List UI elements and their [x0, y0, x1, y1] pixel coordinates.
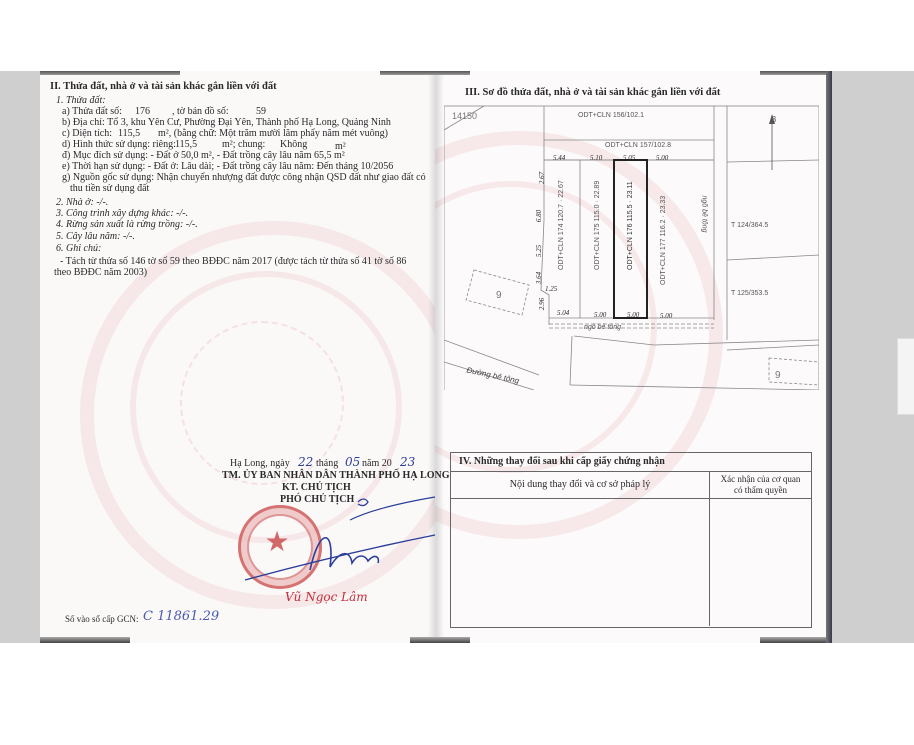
- width-bottom: 5.00: [660, 310, 672, 322]
- house-mark: 9: [775, 370, 781, 382]
- parcel-175-label: ODT+CLN 175 115.0 · 22.89: [592, 181, 604, 270]
- map-corner-label: 14150: [452, 110, 477, 122]
- width-top: 5.10: [590, 152, 602, 164]
- changes-table: IV. Những thay đổi sau khi cấp giấy chứn…: [450, 452, 812, 628]
- page-shadow: [760, 71, 830, 75]
- edge-length: 2.96: [536, 298, 548, 310]
- item-production-forest: 4. Rừng sản xuất là rừng trồng: -/-.: [56, 219, 198, 231]
- north-arrow-label: B: [771, 114, 776, 126]
- width-bottom: 5.04: [557, 307, 569, 319]
- column-authority-line2: có thẩm quyền: [710, 485, 811, 496]
- column-authority-confirmation: Xác nhận của cơ quan có thẩm quyền: [710, 472, 811, 498]
- width-top: 5.44: [553, 152, 565, 164]
- page-shadow: [40, 637, 130, 643]
- changes-table-body: [451, 499, 811, 626]
- column-authority-line1: Xác nhận của cơ quan: [710, 474, 811, 485]
- issue-year-label: năm 20: [362, 458, 392, 470]
- parcel-174-label: ODT+CLN 174 120.7 · 22.67: [556, 180, 568, 270]
- signer-name: Vũ Ngọc Lâm: [285, 590, 368, 604]
- width-top: 5.00: [656, 152, 668, 164]
- parcel-177-label: ODT+CLN 177 116.2 · 23.33: [658, 196, 670, 285]
- parcel-157-label: ODT+CLN 157/102.8: [605, 140, 671, 152]
- signer-role-primary: KT. CHỦ TỊCH: [282, 482, 351, 494]
- item-perennial-trees: 5. Cây lâu năm: -/-.: [56, 231, 135, 243]
- width-bottom: 5.00: [594, 309, 606, 321]
- issue-year: 23: [400, 455, 415, 469]
- house-mark: 9: [496, 290, 502, 302]
- usage-origin-cont: thu tiền sử dụng đất: [70, 183, 149, 195]
- issuing-authority: TM. ỦY BAN NHÂN DÂN THÀNH PHỐ HẠ LONG: [222, 470, 450, 482]
- item-notes-heading: 6. Ghi chú:: [56, 243, 101, 255]
- lane-label-vertical: ngõ bê tông: [697, 196, 709, 233]
- edge-length: 5.25: [533, 245, 545, 257]
- authority-confirmation-cell: [710, 499, 811, 626]
- parcel-124-label: T 124/364.5: [731, 220, 768, 232]
- section-title-map: III. Sơ đồ thửa đất, nhà ở và tài sản kh…: [465, 87, 720, 99]
- changes-table-header: Nội dung thay đổi và cơ sở pháp lý Xác n…: [451, 472, 811, 499]
- issue-day: 22: [298, 455, 313, 469]
- page-shadow: [760, 637, 830, 643]
- side-thumbnail[interactable]: [897, 338, 914, 415]
- change-content-cell: [451, 499, 710, 626]
- edge-length: 3.64: [533, 272, 545, 284]
- registry-label: Số vào sổ cấp GCN:: [65, 613, 139, 625]
- signature-stroke: [240, 495, 440, 585]
- registry-number: C 11861.29: [143, 609, 219, 624]
- page-shadow: [380, 71, 470, 75]
- parcel-125-label: T 125/353.5: [731, 288, 768, 300]
- edge-length: 1.25: [545, 283, 557, 295]
- changes-table-title: IV. Những thay đổi sau khi cấp giấy chứn…: [451, 453, 811, 472]
- page-edge: [826, 71, 832, 643]
- issue-month-label: tháng: [316, 458, 338, 470]
- width-bottom: 5.00: [627, 309, 639, 321]
- parcel-156-label: ODT+CLN 156/102.1: [578, 110, 644, 122]
- section-title-land: II. Thửa đất, nhà ở và tài sản khác gắn …: [50, 81, 277, 93]
- issue-month: 05: [345, 455, 360, 469]
- lane-label: ngõ bê tông: [584, 322, 621, 334]
- note-line-cont: theo BĐĐC năm 2003): [54, 267, 147, 279]
- issue-date-prefix: Hạ Long, ngày: [230, 458, 290, 470]
- page-shadow: [410, 637, 470, 643]
- width-top: 5.05: [623, 152, 635, 164]
- parcel-176-label: ODT+CLN 176 115.5 · 23.11: [625, 181, 637, 270]
- page-shadow: [40, 71, 180, 75]
- edge-length: 6.80: [533, 210, 545, 222]
- column-change-content: Nội dung thay đổi và cơ sở pháp lý: [451, 472, 710, 498]
- edge-length: 2.67: [536, 172, 548, 184]
